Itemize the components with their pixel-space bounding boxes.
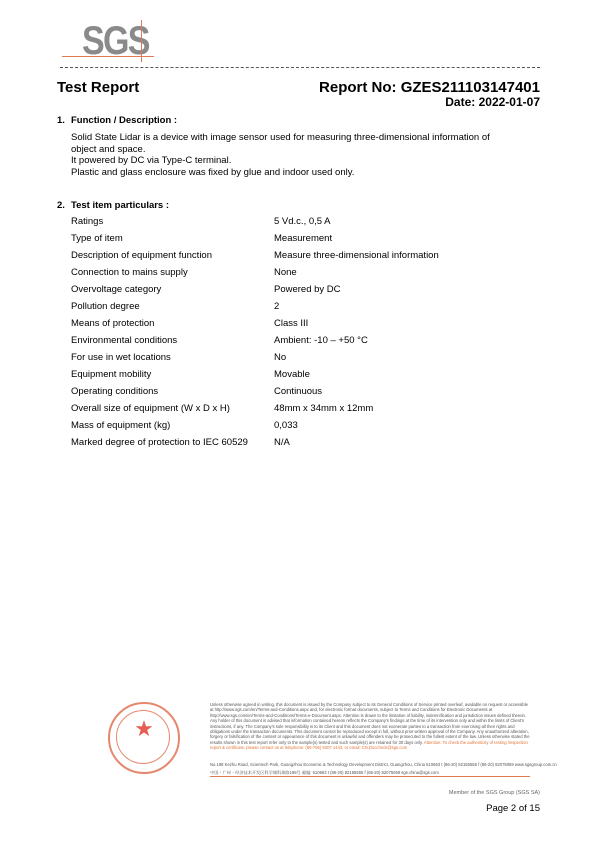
row-value: Measurement [274,231,332,248]
row-label: Environmental conditions [71,333,274,350]
section-number: 2. [57,200,71,211]
particulars-table: Ratings5 Vd.c., 0,5 AType of itemMeasure… [71,214,439,452]
table-row: Equipment mobilityMovable [71,367,439,384]
table-row: Marked degree of protection to IEC 60529… [71,435,439,452]
section-heading-function: 1.Function / Description : [57,115,177,126]
footer-divider [210,776,530,777]
function-description: Solid State Lidar is a device with image… [71,132,551,178]
section-title: Function / Description : [71,115,177,126]
row-value: 5 Vd.c., 0,5 A [274,214,331,231]
row-value: Measure three-dimensional information [274,248,439,265]
table-row: Mass of equipment (kg)0,033 [71,418,439,435]
row-value: N/A [274,435,290,452]
logo-text: SGS [82,18,149,64]
footer: ★ Unless otherwise agreed in writing, th… [90,700,540,800]
star-icon: ★ [110,718,178,740]
section-heading-particulars: 2.Test item particulars : [57,200,169,211]
row-label: Connection to mains supply [71,265,274,282]
description-line: object and space. [71,144,551,156]
table-row: For use in wet locationsNo [71,350,439,367]
description-line: Solid State Lidar is a device with image… [71,132,551,144]
section-number: 1. [57,115,71,126]
row-label: Operating conditions [71,384,274,401]
table-row: Means of protectionClass III [71,316,439,333]
row-value: Continuous [274,384,322,401]
report-date: Date: 2022-01-07 [445,95,540,109]
table-row: Overvoltage categoryPowered by DC [71,282,439,299]
header-divider [60,67,540,68]
page-number: Page 2 of 15 [486,803,540,814]
row-value: 0,033 [274,418,298,435]
row-label: Mass of equipment (kg) [71,418,274,435]
row-label: Type of item [71,231,274,248]
section-title: Test item particulars : [71,200,169,211]
table-row: Connection to mains supplyNone [71,265,439,282]
row-label: Overvoltage category [71,282,274,299]
row-label: For use in wet locations [71,350,274,367]
row-value: 2 [274,299,279,316]
table-row: Operating conditionsContinuous [71,384,439,401]
row-value: Movable [274,367,310,384]
row-label: Overall size of equipment (W x D x H) [71,401,274,418]
sgs-logo: SGS [62,18,160,64]
company-seal: ★ [108,702,180,774]
row-label: Marked degree of protection to IEC 60529 [71,435,274,452]
row-value: No [274,350,286,367]
document-title: Test Report [57,79,139,96]
table-row: Description of equipment functionMeasure… [71,248,439,265]
row-value: None [274,265,297,282]
table-row: Pollution degree2 [71,299,439,316]
row-label: Means of protection [71,316,274,333]
row-value: Powered by DC [274,282,341,299]
description-line: Plastic and glass enclosure was fixed by… [71,167,551,179]
row-label: Ratings [71,214,274,231]
member-note: Member of the SGS Group (SGS SA) [449,790,540,796]
row-label: Description of equipment function [71,248,274,265]
description-line: It powered by DC via Type-C terminal. [71,155,551,167]
row-value: 48mm x 34mm x 12mm [274,401,373,418]
table-row: Environmental conditionsAmbient: -10 – +… [71,333,439,350]
row-label: Equipment mobility [71,367,274,384]
row-value: Class III [274,316,308,333]
row-label: Pollution degree [71,299,274,316]
address-english: No.198 Kezhu Road, Scientech Park, Guang… [210,762,557,768]
report-number: Report No: GZES211103147401 [319,79,540,96]
table-row: Overall size of equipment (W x D x H)48m… [71,401,439,418]
logo-accent-line [62,56,154,57]
row-value: Ambient: -10 – +50 °C [274,333,368,350]
table-row: Type of itemMeasurement [71,231,439,248]
table-row: Ratings5 Vd.c., 0,5 A [71,214,439,231]
legal-disclaimer: Unless otherwise agreed in writing, this… [210,702,530,751]
